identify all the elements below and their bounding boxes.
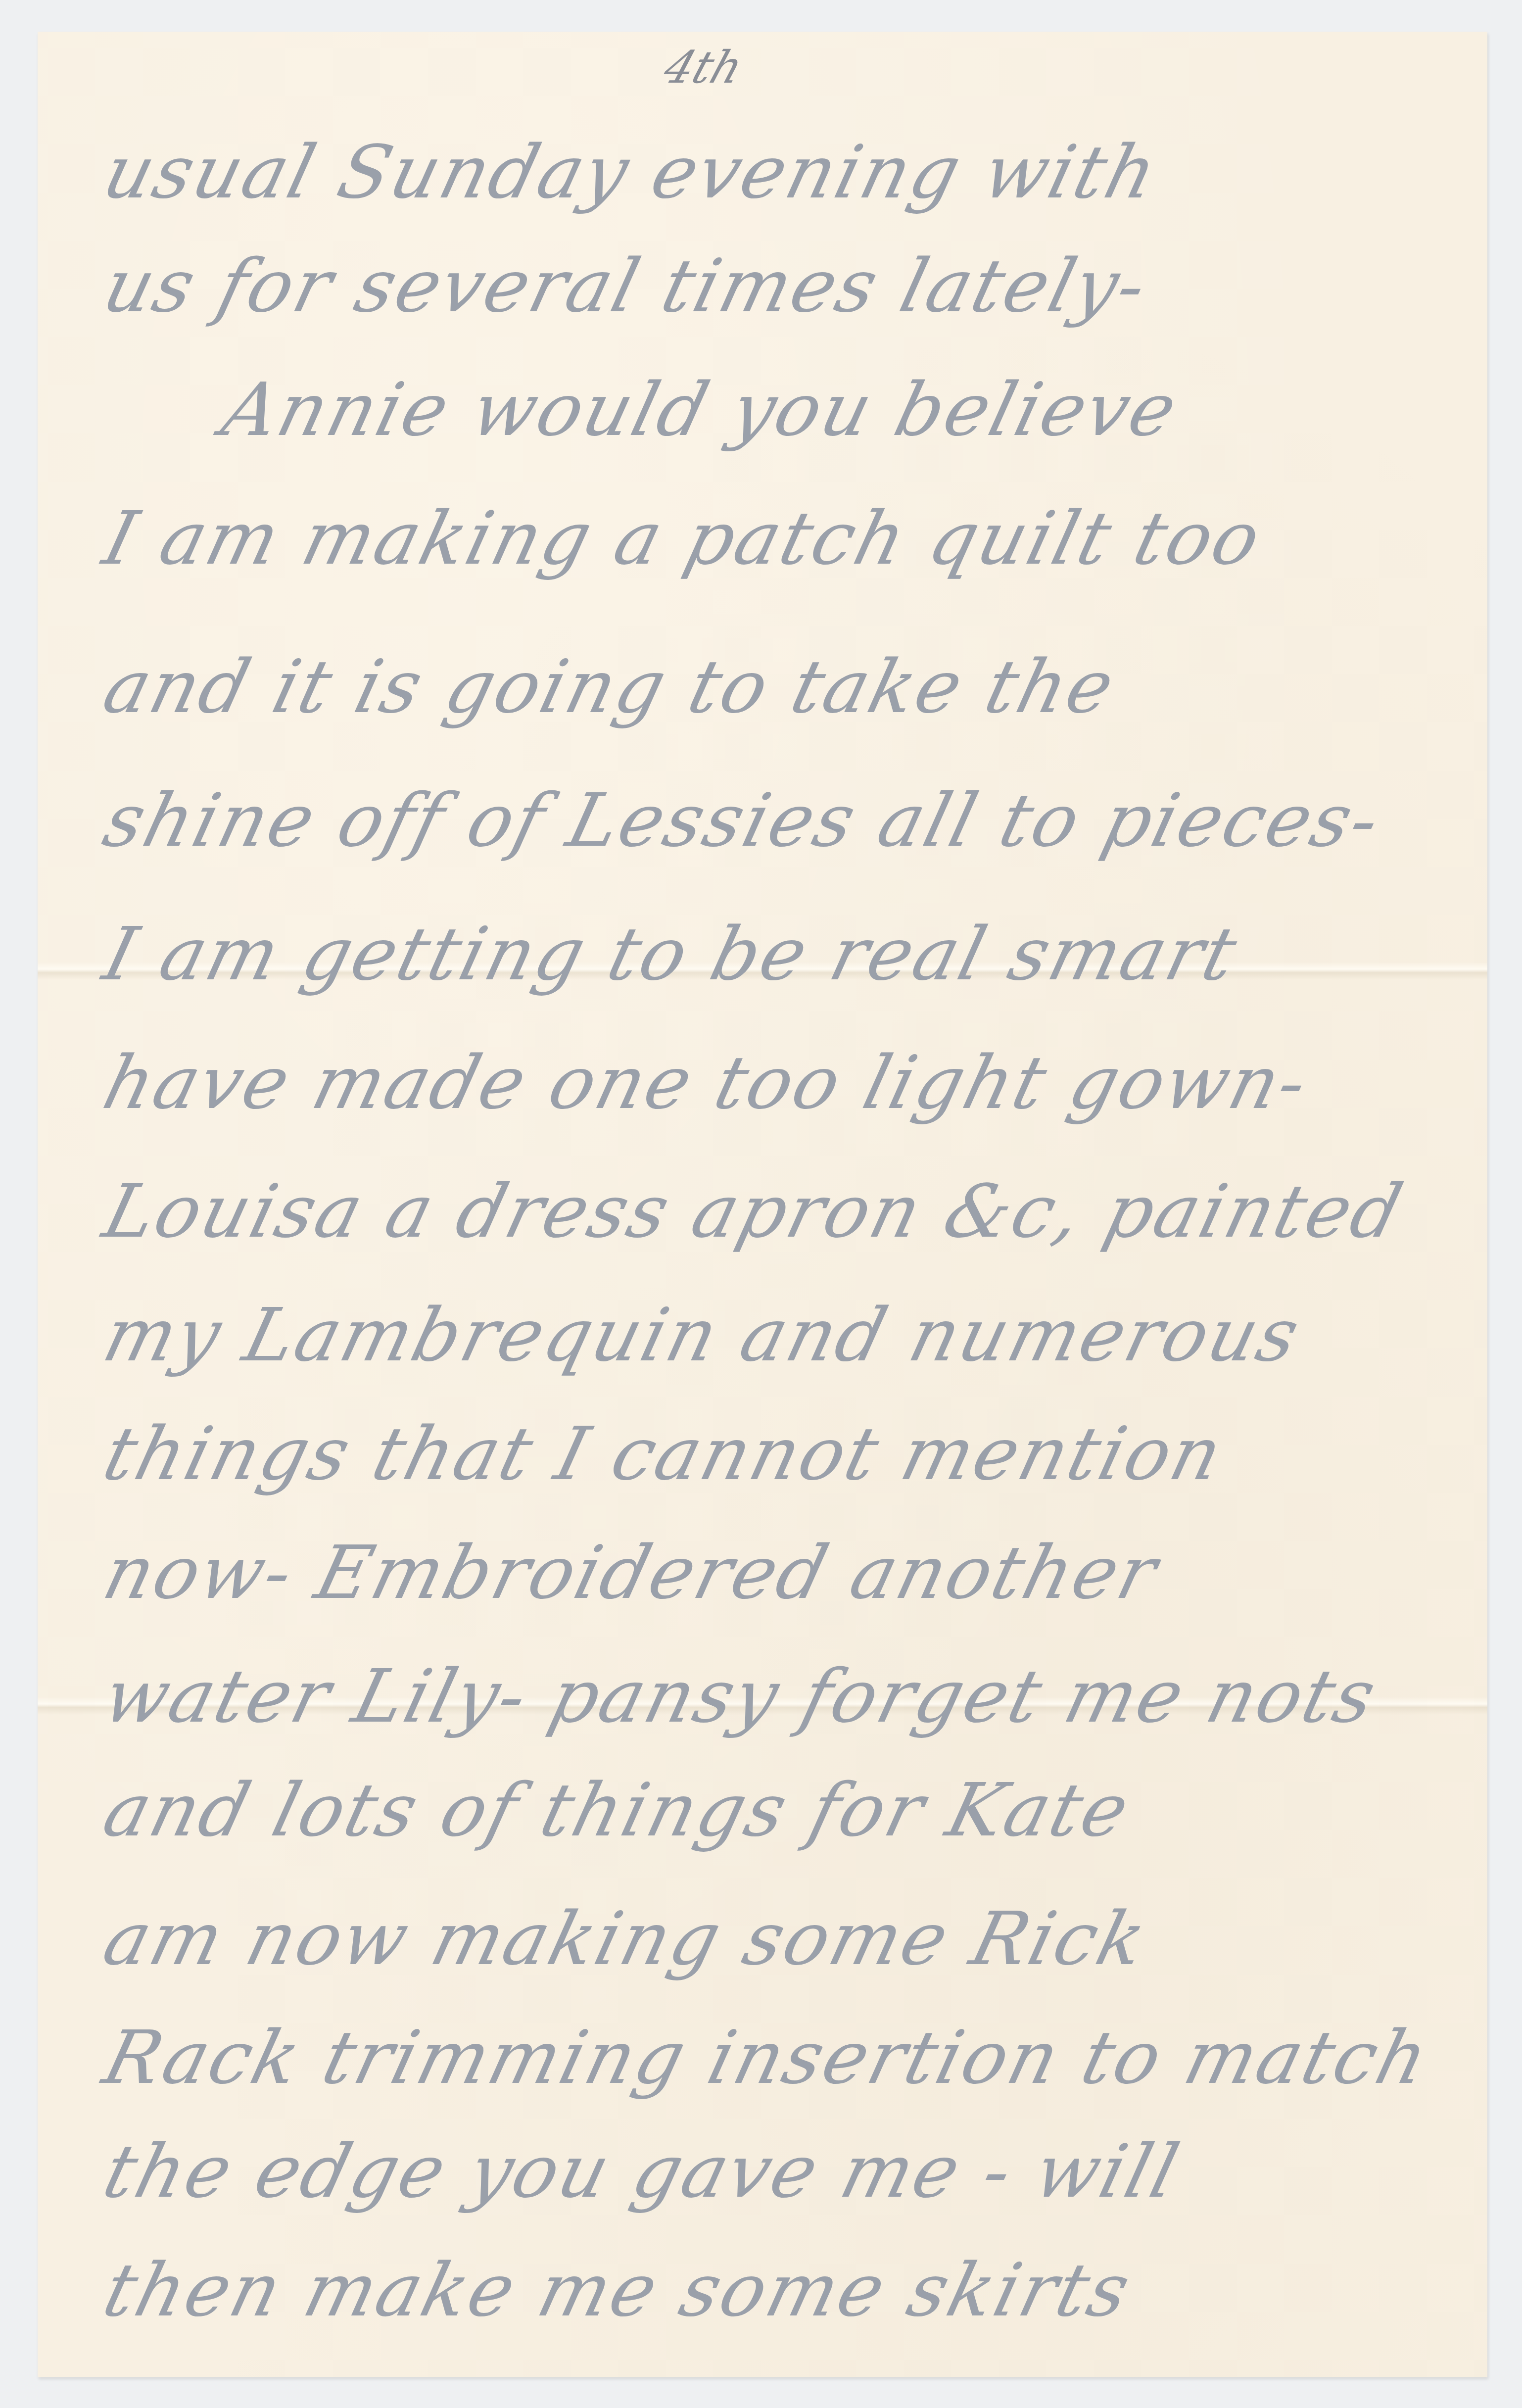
handwritten-line: have made one too light gown- (97, 1046, 1316, 1119)
handwritten-line: shine off of Lessies all to pieces- (97, 784, 1388, 857)
handwritten-line: my Lambrequin and numerous (97, 1299, 1308, 1372)
handwritten-line: water Lily- pansy forget me nots (97, 1660, 1384, 1733)
handwritten-line: Louisa a dress apron &c, painted (97, 1175, 1411, 1248)
handwritten-line: now- Embroidered another (97, 1536, 1166, 1609)
handwritten-line: things that I cannot mention (97, 1417, 1231, 1491)
handwritten-line: I am getting to be real smart (97, 917, 1245, 991)
handwritten-line: usual Sunday evening with (97, 136, 1165, 209)
handwritten-line: the edge you gave me - will (97, 2135, 1187, 2208)
handwritten-line: Rack trimming insertion to match (97, 2021, 1436, 2094)
handwritten-line: then make me some skirts (97, 2254, 1139, 2327)
handwritten-line: Annie would you believe (216, 373, 1185, 446)
handwritten-line: and it is going to take the (97, 650, 1123, 723)
handwritten-line: and lots of things for Kate (97, 1774, 1138, 1847)
letter-paper: 4th usual Sunday evening with us for sev… (38, 32, 1487, 2377)
handwritten-line: am now making some Rick (97, 1902, 1154, 1975)
handwritten-line: I am making a patch quilt too (97, 502, 1269, 575)
handwritten-line: us for several times lately- (97, 249, 1155, 323)
page-number: 4th (658, 42, 750, 94)
